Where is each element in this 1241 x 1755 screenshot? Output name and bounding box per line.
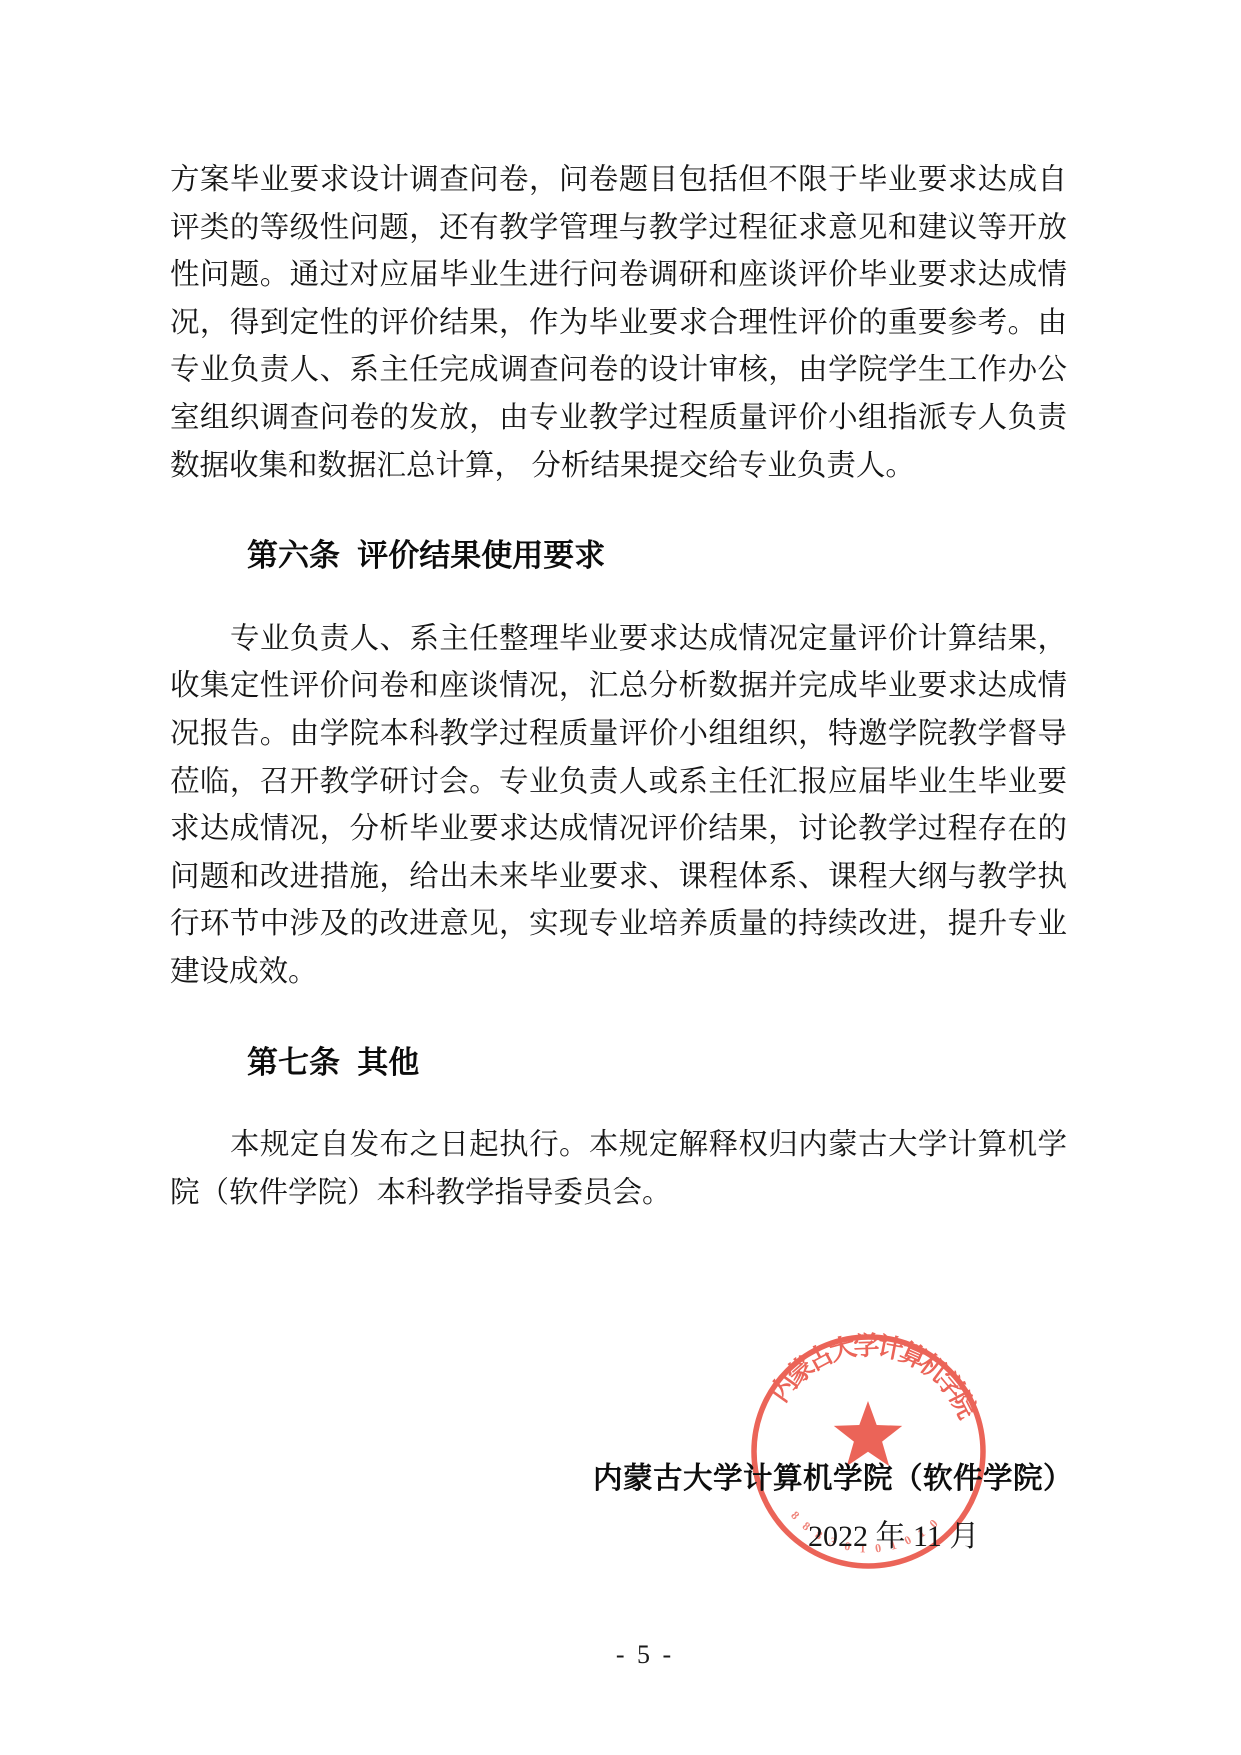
section-heading-article-6: 第六条 评价结果使用要求 [170,532,1067,580]
text-line: 收集定性评价问卷和座谈情况，汇总分析数据并完成毕业要求达成情 [170,663,1067,711]
text-line: 求达成情况，分析毕业要求达成情况评价结果，讨论教学过程存在的 [170,806,1067,854]
signature-organization: 内蒙古大学计算机学院（软件学院） [593,1455,1073,1497]
signature-date: 2022 年 11 月 [808,1511,979,1555]
text-line: 专业负责人、系主任完成调查问卷的设计审核，由学院学生工作办公 [170,347,1067,395]
paragraph-1: 方案毕业要求设计调查问卷，问卷题目包括但不限于毕业要求达成自 评类的等级性问题，… [170,157,1067,490]
text-line: 院（软件学院）本科教学指导委员会。 [170,1170,1067,1218]
paragraph-3: 本规定自发布之日起执行。本规定解释权归内蒙古大学计算机学 院（软件学院）本科教学… [170,1122,1067,1217]
text-line: 行环节中涉及的改进意见，实现专业培养质量的持续改进，提升专业 [170,901,1067,949]
text-line: 评类的等级性问题，还有教学管理与教学过程征求意见和建议等开放 [170,205,1067,253]
text-line: 方案毕业要求设计调查问卷，问卷题目包括但不限于毕业要求达成自 [170,157,1067,205]
text-line: 本规定自发布之日起执行。本规定解释权归内蒙古大学计算机学 [170,1122,1067,1170]
text-line: 况报告。由学院本科教学过程质量评价小组组织，特邀学院教学督导 [170,711,1067,759]
page-number: - 5 - [585,1640,705,1670]
document-page: 方案毕业要求设计调查问卷，问卷题目包括但不限于毕业要求达成自 评类的等级性问题，… [0,0,1241,1755]
text-line: 数据收集和数据汇总计算， 分析结果提交给专业负责人。 [170,443,1067,491]
text-line: 问题和改进措施，给出未来毕业要求、课程体系、课程大纲与教学执 [170,854,1067,902]
text-line: 莅临，召开教学研讨会。专业负责人或系主任汇报应届毕业生毕业要 [170,759,1067,807]
paragraph-2: 专业负责人、系主任整理毕业要求达成情况定量评价计算结果， 收集定性评价问卷和座谈… [170,616,1067,997]
text-line: 专业负责人、系主任整理毕业要求达成情况定量评价计算结果， [170,616,1067,664]
seal-arc-text: 内蒙古大学计算机学院 [765,1331,982,1423]
text-line: 建设成效。 [170,949,1067,997]
section-heading-article-7: 第七条 其他 [170,1039,1067,1087]
text-line: 室组织调查问卷的发放，由专业教学过程质量评价小组指派专人负责 [170,395,1067,443]
text-line: 况，得到定性的评价结果，作为毕业要求合理性评价的重要参考。由 [170,300,1067,348]
text-line: 性问题。通过对应届毕业生进行问卷调研和座谈评价毕业要求达成情 [170,252,1067,300]
document-body: 方案毕业要求设计调查问卷，问卷题目包括但不限于毕业要求达成自 评类的等级性问题，… [170,157,1067,1217]
